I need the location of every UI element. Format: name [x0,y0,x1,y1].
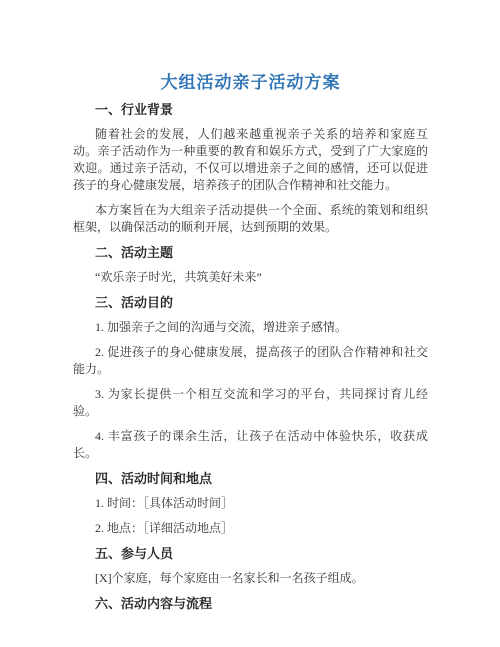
section-heading: 一、行业背景 [73,101,428,118]
section-heading: 三、活动目的 [73,294,428,311]
paragraph: 随着社会的发展，人们越来越重视亲子关系的培养和家庭互动。亲子活动作为一种重要的教… [73,126,428,194]
section-activity-purpose: 三、活动目的 1. 加强亲子之间的沟通与交流，增进亲子感情。 2. 促进孩子的身… [73,294,428,462]
section-heading: 六、活动内容与流程 [73,595,428,612]
paragraph: [X]个家庭，每个家庭由一名家长和一名孩子组成。 [73,570,428,587]
section-heading: 五、参与人员 [73,545,428,562]
document-title: 大组活动亲子活动方案 [73,72,428,93]
section-heading: 二、活动主题 [73,244,428,261]
list-item: 2. 地点：［详细活动地点］ [73,520,428,537]
list-item: 3. 为家长提供一个相互交流和学习的平台，共同探讨育儿经验。 [73,386,428,420]
section-heading: 四、活动时间和地点 [73,470,428,487]
paragraph: “欢乐亲子时光，共筑美好未来” [73,269,428,286]
paragraph: 本方案旨在为大组亲子活动提供一个全面、系统的策划和组织框架，以确保活动的顺利开展… [73,202,428,236]
section-industry-background: 一、行业背景 随着社会的发展，人们越来越重视亲子关系的培养和家庭互动。亲子活动作… [73,101,428,236]
section-time-and-place: 四、活动时间和地点 1. 时间：［具体活动时间］ 2. 地点：［详细活动地点］ [73,470,428,537]
list-item: 4. 丰富孩子的课余生活，让孩子在活动中体验快乐，收获成长。 [73,428,428,462]
section-participants: 五、参与人员 [X]个家庭，每个家庭由一名家长和一名孩子组成。 [73,545,428,587]
list-item: 2. 促进孩子的身心健康发展，提高孩子的团队合作精神和社交能力。 [73,344,428,378]
list-item: 1. 加强亲子之间的沟通与交流，增进亲子感情。 [73,319,428,336]
section-activity-theme: 二、活动主题 “欢乐亲子时光，共筑美好未来” [73,244,428,286]
document-page: 大组活动亲子活动方案 一、行业背景 随着社会的发展，人们越来越重视亲子关系的培养… [0,0,500,647]
section-content-and-flow: 六、活动内容与流程 [73,595,428,612]
list-item: 1. 时间：［具体活动时间］ [73,495,428,512]
